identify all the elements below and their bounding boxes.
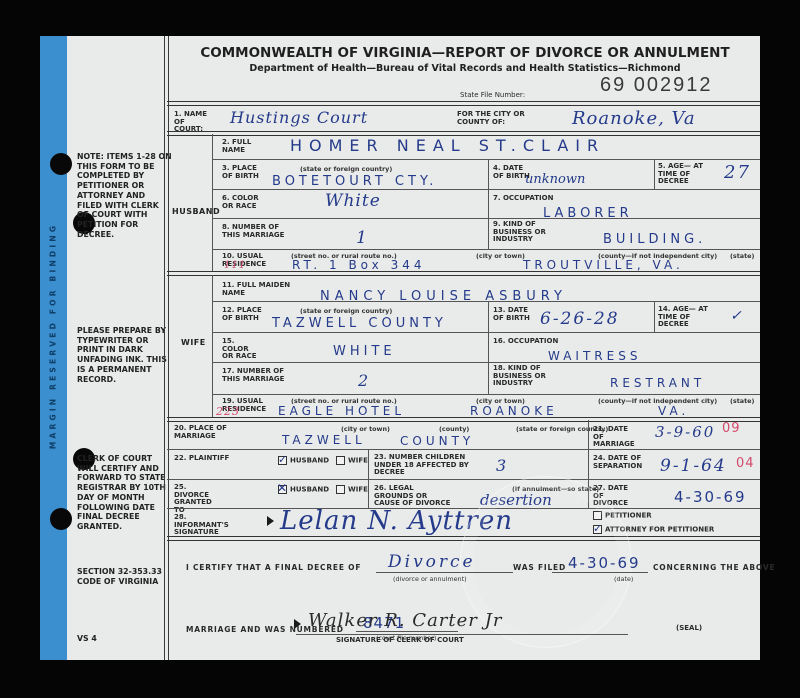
plaintiff-wife-checkbox[interactable]: WIFE <box>336 456 368 465</box>
wife-dob-label: 13. DATE OF BIRTH <box>493 307 533 322</box>
husband-business: BUILDING. <box>603 232 706 247</box>
wife-dob: 6-26-28 <box>540 309 620 329</box>
husband-age: 27 <box>724 162 751 183</box>
rule <box>488 301 489 394</box>
punch-hole <box>50 153 72 175</box>
rule <box>167 271 760 276</box>
form-title: COMMONWEALTH OF VIRGINIA—REPORT OF DIVOR… <box>170 45 760 61</box>
rule <box>654 159 655 189</box>
wife-occupation: WAITRESS <box>548 349 641 363</box>
filed-date-hint: (date) <box>614 575 633 583</box>
decree-type-hint: (divorce or annulment) <box>393 575 467 583</box>
rule <box>654 301 655 332</box>
note-typewriter: PLEASE PREPARE BY TYPEWRITER OR PRINT IN… <box>77 326 172 384</box>
court-city-value: Roanoke, Va <box>572 108 696 129</box>
marriage-date: 3-9-60 <box>655 423 715 441</box>
note-code-section: SECTION 32-353.33 CODE OF VIRGINIA <box>77 567 172 586</box>
checkbox-label: HUSBAND <box>290 457 329 465</box>
clerk-signature-line <box>296 634 628 635</box>
children-count: 3 <box>496 456 509 475</box>
husband-race-label: 6. COLOR OR RACE <box>222 195 262 210</box>
separation-date-code: 04 <box>736 456 755 471</box>
husband-residence-street: RT. 1 Box 344 <box>292 258 425 272</box>
rule <box>213 218 760 219</box>
checkbox[interactable] <box>336 485 345 494</box>
husband-residence-hint-city: (city or town) <box>476 252 525 260</box>
wife-age-label: 14. AGE— AT TIME OF DECREE <box>658 306 718 329</box>
husband-place-of-birth: BOTETOURT CTY. <box>272 174 437 189</box>
seal-label: (SEAL) <box>676 625 702 633</box>
wife-marriage-no-label: 17. NUMBER OF THIS MARRIAGE <box>222 368 292 383</box>
separation-date-label: 24. DATE OF SEPARATION <box>593 455 653 470</box>
informant-signature-label: 28. INFORMANT'S SIGNATURE <box>174 514 239 537</box>
plaintiff-label: 22. PLAINTIFF <box>174 455 229 463</box>
wife-business-label: 18. KIND OF BUSINESS OR INDUSTRY <box>493 365 548 388</box>
note-clerk-forward: CLERK OF COURT WILL CERTIFY AND FORWARD … <box>77 454 172 532</box>
granted-husband-checkbox[interactable]: ✕HUSBAND <box>278 485 329 494</box>
form-code: VS 4 <box>77 634 172 644</box>
binding-margin: MARGIN RESERVED FOR BINDING <box>40 36 67 660</box>
granted-wife-checkbox[interactable]: WIFE <box>336 485 368 494</box>
rule <box>213 301 760 302</box>
rule <box>167 417 760 422</box>
husband-occupation-label: 7. OCCUPATION <box>493 195 553 203</box>
state-file-label: State File Number: <box>460 92 525 100</box>
husband-business-label: 9. KIND OF BUSINESS OR INDUSTRY <box>493 221 548 244</box>
wife-business: RESTRANT <box>610 376 705 390</box>
husband-dob: unknown <box>525 172 585 187</box>
rule <box>213 362 760 363</box>
filed-date: 4-30-69 <box>568 554 641 572</box>
wife-place-of-birth: TAZWELL COUNTY <box>272 316 447 331</box>
grounds-label: 26. LEGAL GROUNDS OR CAUSE OF DIVORCE <box>374 485 454 508</box>
husband-full-name-label: 2. FULL NAME <box>222 139 260 154</box>
checkbox-label: HUSBAND <box>290 486 329 494</box>
plaintiff-husband-checkbox[interactable]: ✓HUSBAND <box>278 456 329 465</box>
rule <box>212 275 213 417</box>
rule <box>213 394 760 395</box>
marriage-place-city: TAZWELL <box>282 433 366 447</box>
marriage-date-code: 09 <box>722 421 741 436</box>
wife-section-label: WIFE <box>181 338 206 347</box>
checkbox-label: WIFE <box>348 457 368 465</box>
wife-residence-hint-state: (state) <box>730 397 754 405</box>
checkbox[interactable] <box>336 456 345 465</box>
form-subtitle: Department of Health—Bureau of Vital Rec… <box>170 63 760 74</box>
wife-place-of-birth-label: 12. PLACE OF BIRTH <box>222 307 262 322</box>
checkbox[interactable]: ✕ <box>278 485 287 494</box>
husband-residence-hint-state: (state) <box>730 252 754 260</box>
rule <box>213 332 760 333</box>
notes-divider <box>164 36 169 660</box>
husband-age-label: 5. AGE— AT TIME OF DECREE <box>658 163 718 186</box>
rule <box>212 134 213 271</box>
wife-marriage-no: 2 <box>358 371 371 390</box>
wife-age: ✓ <box>730 308 745 324</box>
rule <box>213 159 760 160</box>
check-mark-icon: ✓ <box>278 453 287 466</box>
decree-type-line <box>376 572 513 573</box>
husband-place-of-birth-label: 3. PLACE OF BIRTH <box>222 165 262 180</box>
husband-full-name: HOMER NEAL ST.CLAIR <box>290 136 605 155</box>
clerk-signature-label: SIGNATURE OF CLERK OF COURT <box>336 637 464 645</box>
decree-type: Divorce <box>388 552 476 572</box>
divorce-date: 4-30-69 <box>674 488 747 506</box>
concerning-label: CONCERNING THE ABOVE <box>653 564 775 572</box>
wife-full-name-label: 11. FULL MAIDEN NAME <box>222 282 297 297</box>
rule <box>213 249 760 250</box>
husband-race: White <box>325 191 381 211</box>
wife-race: WHITE <box>333 344 396 359</box>
arrow-pointer-icon <box>267 516 274 526</box>
wife-residence-city: ROANOKE <box>470 404 558 418</box>
granted-to-label: 25. DIVORCE GRANTED TO <box>174 484 219 514</box>
rule <box>213 189 760 190</box>
separation-date: 9-1-64 <box>660 456 727 476</box>
rule <box>167 449 760 450</box>
marriage-place-county: COUNTY <box>400 434 474 448</box>
rule <box>167 101 760 106</box>
husband-residence-city: TROUTVILLE, VA. <box>523 258 684 272</box>
wife-residence-street: EAGLE HOTEL <box>278 404 405 418</box>
court-city-label: FOR THE CITY OR COUNTY OF: <box>457 111 537 126</box>
husband-place-of-birth-hint: (state or foreign country) <box>300 165 392 173</box>
wife-occupation-label: 16. OCCUPATION <box>493 338 558 346</box>
rule <box>167 479 760 480</box>
filed-label: WAS FILED <box>513 564 566 572</box>
clerk-signature: Walker R. Carter Jr <box>308 610 502 631</box>
checkbox[interactable]: ✓ <box>278 456 287 465</box>
marriage-date-label: 21. DATE OF MARRIAGE <box>593 426 638 449</box>
checkbox-label: WIFE <box>348 486 368 494</box>
husband-section-label: HUSBAND <box>172 207 220 216</box>
arrow-pointer-icon <box>294 619 301 629</box>
note-items-completed-by: NOTE: ITEMS 1-28 ON THIS FORM TO BE COMP… <box>77 152 172 239</box>
x-mark-icon: ✕ <box>277 481 287 495</box>
wife-race-label: 15. COLOR OR RACE <box>222 338 262 361</box>
wife-residence-state: VA. <box>658 404 689 418</box>
husband-residence-code: 111 <box>224 260 246 271</box>
children-label: 23. NUMBER CHILDREN UNDER 18 AFFECTED BY… <box>374 454 479 477</box>
filed-date-line <box>552 572 648 573</box>
marriage-place-hint-city: (city or town) <box>341 425 390 433</box>
binding-margin-text: MARGIN RESERVED FOR BINDING <box>49 223 58 449</box>
state-file-number: 69 002912 <box>600 74 713 97</box>
husband-marriage-no: 1 <box>356 228 370 248</box>
marriage-place-hint-county: (county) <box>439 425 469 433</box>
punch-hole <box>50 508 72 530</box>
divorce-report-form: MARGIN RESERVED FOR BINDING NOTE: ITEMS … <box>40 36 760 660</box>
certify-prefix: I CERTIFY THAT A FINAL DECREE OF <box>186 564 361 572</box>
husband-marriage-no-label: 8. NUMBER OF THIS MARRIAGE <box>222 224 292 239</box>
court-name-value: Hustings Court <box>230 108 368 127</box>
marriage-place-label: 20. PLACE OF MARRIAGE <box>174 425 229 440</box>
rule <box>488 159 489 249</box>
wife-place-of-birth-hint: (state or foreign country) <box>300 307 392 315</box>
